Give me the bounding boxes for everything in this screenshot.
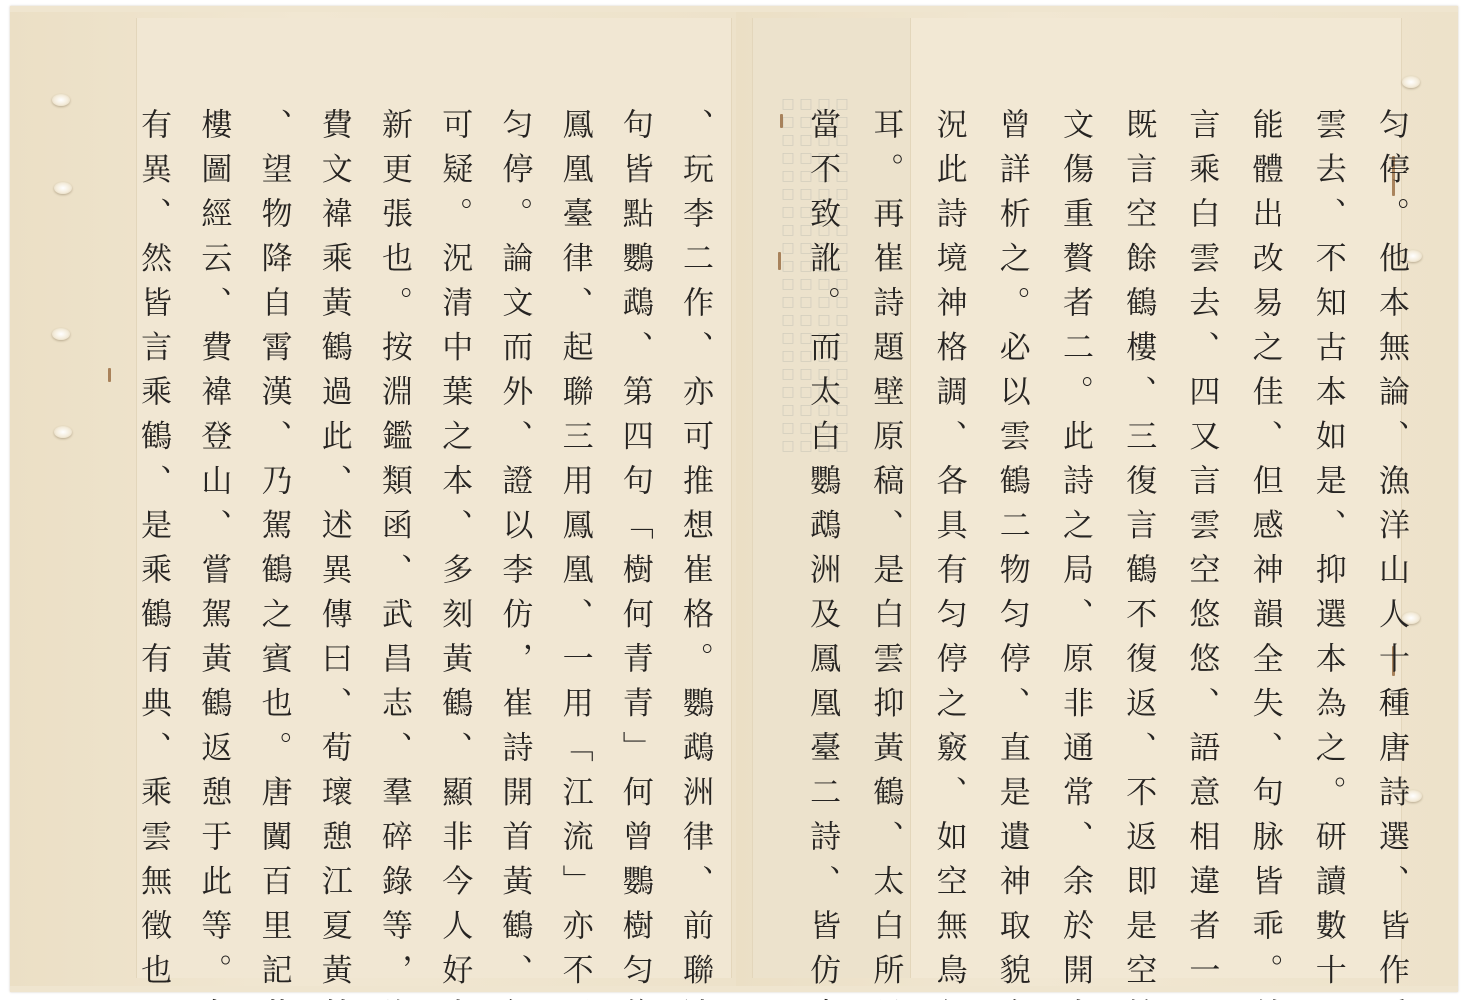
- ink-stain: [780, 114, 783, 128]
- text-column: 、玩李二作、亦可推想崔格。鸚鵡洲律、前聯連三: [672, 108, 710, 968]
- text-column: 匀停。論文而外、證以李仿，崔詩開首黃鶴、無甚: [491, 108, 529, 968]
- text-column: 、望物降自霄漢、乃駕鶴之賓也。唐闐百里記黃鶴: [250, 108, 288, 968]
- text-column: 言乘白雲去、四又言雲空悠悠、語意相違者一。二: [1175, 108, 1216, 968]
- binding-hole: [52, 94, 70, 106]
- text-column: 文傷重贅者二。此詩之局、原非通常、余於開卷、: [1049, 108, 1090, 968]
- text-column: 能體出改易之佳、但感神韻全失、句脉皆乖。首既: [1238, 108, 1279, 968]
- text-column: 況此詩境神格調、各具有匀停之竅、如空無鳥行痕: [922, 108, 963, 968]
- left-page: 、玩李二作、亦可推想崔格。鸚鵡洲律、前聯連三 句皆點鸚鵡、第四句「樹何青青」何曾…: [130, 108, 710, 968]
- text-column: 雲去、不知古本如是、抑選本為之。研讀數十，未: [1302, 108, 1343, 968]
- ink-stain: [778, 252, 781, 270]
- ink-stain: [108, 368, 111, 382]
- text-column: 句皆點鸚鵡、第四句「樹何青青」何曾鸚樹匀停。: [612, 108, 650, 968]
- binding-hole: [1402, 76, 1420, 88]
- right-page: 匀停。他本無論、漁洋山人十種唐詩選、皆作乘白 雲去、不知古本如是、抑選本為之。研…: [796, 108, 1406, 968]
- text-column: 鳳凰臺律、起聯三用鳳凰、一用「江流」亦不鳳江: [551, 108, 589, 968]
- text-column: 既言空餘鶴樓、三復言鶴不復返、不返即是空餘、: [1112, 108, 1153, 968]
- binding-hole: [52, 328, 70, 340]
- binding-hole: [54, 426, 72, 438]
- text-column: 費文褘乘黃鶴過此、述異傳曰、荀瓌憩江夏黃鶴樓: [311, 108, 349, 968]
- text-column: 可疑。況清中葉之本、多刻黃鶴、顯非今人好事。: [431, 108, 469, 968]
- binding-hole: [54, 182, 72, 194]
- text-column: 新更張也。按淵鑑類函、武昌志、羣碎錄等，均載: [371, 108, 409, 968]
- text-column: 匀停。他本無論、漁洋山人十種唐詩選、皆作乘白: [1365, 108, 1406, 968]
- text-column: 有異、然皆言乘鶴、是乘鶴有典、乘雲無徵也。: [130, 108, 168, 968]
- text-column: 樓圖經云、費褘登山、嘗駕黃鶴返憩于此等。各說雖小: [190, 108, 228, 968]
- text-column: 曾詳析之。必以雲鶴二物匀停、直是遺神取貌矣，: [986, 108, 1027, 968]
- text-column: 耳。再崔詩題壁原稿、是白雲抑黃鶴、太白所見、: [859, 108, 900, 968]
- text-column: 當不致訛。而太白鸚鵡洲及鳳凰臺二詩、皆仿崔體: [796, 108, 837, 968]
